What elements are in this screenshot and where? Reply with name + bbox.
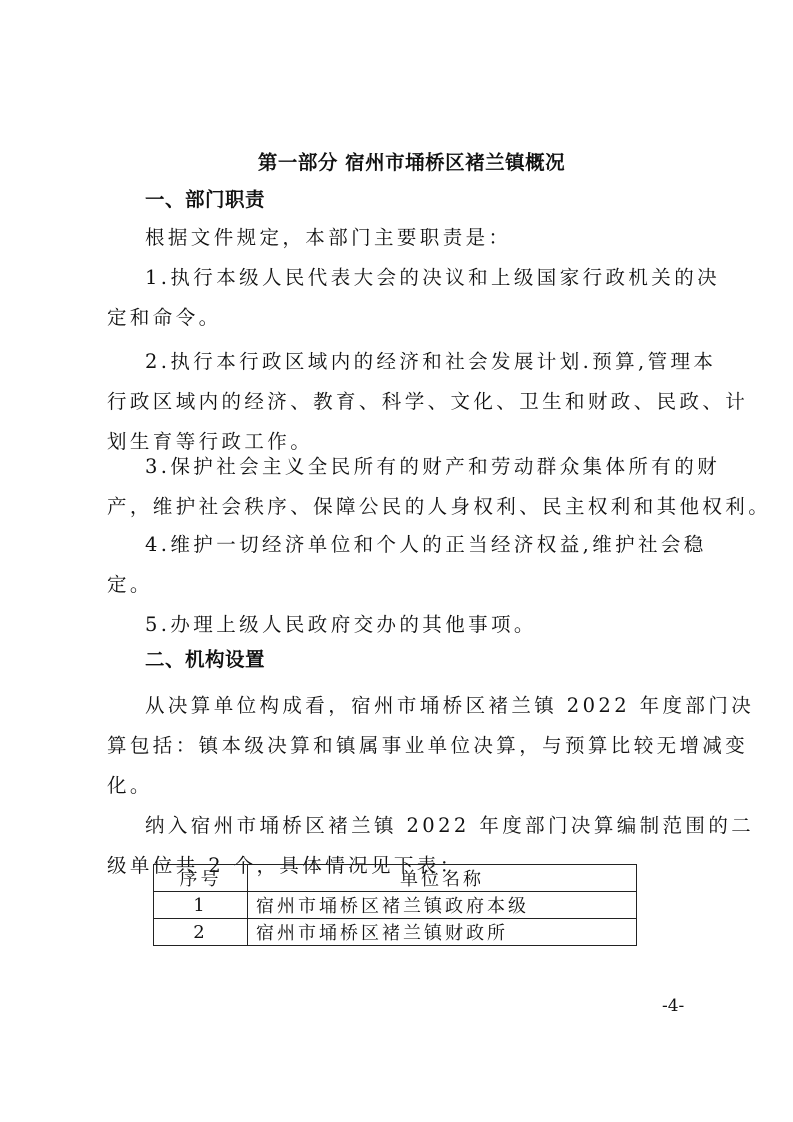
column-header-unit-name: 单位名称 (248, 865, 637, 892)
duty-item-2-line-3: 划生育等行政工作。 (107, 429, 692, 455)
duty-item-3-line-1: 3.保护社会主义全民所有的财产和劳动群众集体所有的财 (145, 454, 692, 480)
duty-item-3-line-2: 产，维护社会秩序、保障公民的人身权利、民主权利和其他权利。 (107, 494, 692, 520)
units-table: 序号 单位名称 1 宿州市埇桥区褚兰镇政府本级 2 宿州市埇桥区褚兰镇财政所 (153, 864, 637, 946)
duties-intro: 根据文件规定，本部门主要职责是： (145, 225, 692, 251)
cell-index: 1 (154, 892, 248, 919)
table-row: 1 宿州市埇桥区褚兰镇政府本级 (154, 892, 637, 919)
duty-item-4-line-1: 4.维护一切经济单位和个人的正当经济权益,维护社会稳 (145, 532, 692, 558)
column-header-index: 序号 (154, 865, 248, 892)
duty-item-5: 5.办理上级人民政府交办的其他事项。 (145, 612, 692, 638)
org-para-2-line-1: 纳入宿州市埇桥区褚兰镇 2022 年度部门决算编制范围的二 (145, 813, 692, 839)
table-header-row: 序号 单位名称 (154, 865, 637, 892)
duty-item-1-line-2: 定和命令。 (107, 305, 692, 331)
duty-item-4-line-2: 定。 (107, 572, 692, 598)
org-para-1-line-2: 算包括：镇本级决算和镇属事业单位决算，与预算比较无增减变 (107, 733, 692, 759)
page-number: -4- (662, 996, 684, 1016)
document-page: 第一部分 宿州市埇桥区褚兰镇概况 一、部门职责 根据文件规定，本部门主要职责是：… (0, 0, 793, 1122)
duty-item-2-line-1: 2.执行本行政区域内的经济和社会发展计划.预算,管理本 (145, 349, 692, 375)
cell-unit-name: 宿州市埇桥区褚兰镇政府本级 (248, 892, 637, 919)
duty-item-2-line-2: 行政区域内的经济、教育、科学、文化、卫生和财政、民政、计 (107, 389, 692, 415)
section-heading-organization: 二、机构设置 (145, 647, 265, 673)
page-title: 第一部分 宿州市埇桥区褚兰镇概况 (0, 150, 793, 176)
org-para-1-line-1: 从决算单位构成看，宿州市埇桥区褚兰镇 2022 年度部门决 (145, 693, 692, 719)
org-para-1-line-3: 化。 (107, 773, 692, 799)
cell-index: 2 (154, 919, 248, 946)
cell-unit-name: 宿州市埇桥区褚兰镇财政所 (248, 919, 637, 946)
duty-item-1-line-1: 1.执行本级人民代表大会的决议和上级国家行政机关的决 (145, 265, 692, 291)
section-heading-duties: 一、部门职责 (145, 187, 265, 213)
table-row: 2 宿州市埇桥区褚兰镇财政所 (154, 919, 637, 946)
